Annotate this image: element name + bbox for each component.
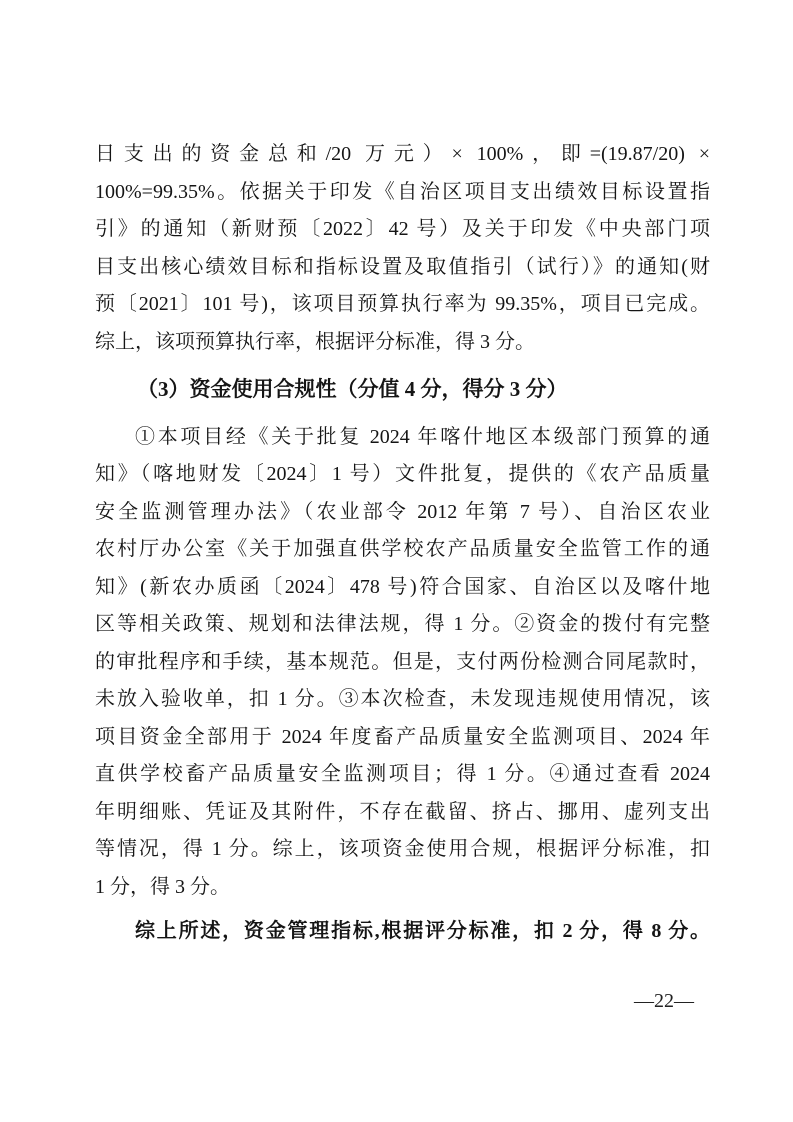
body-line: 预〔2021〕101 号)，该项目预算执行率为 99.35%，项目已完成。 — [95, 286, 710, 324]
body-line: 的审批程序和手续，基本规范。但是，支付两份检测合同尾款时， — [95, 644, 710, 682]
body-line: 知》（喀地财发〔2024〕1 号）文件批复，提供的《农产品质量 — [95, 456, 710, 494]
body-line: 年明细账、凭证及其附件，不存在截留、挤占、挪用、虚列支出 — [95, 794, 710, 832]
body-line: 100%=99.35%。依据关于印发《自治区项目支出绩效目标设置指 — [95, 174, 710, 212]
body-line: 安全监测管理办法》（农业部令 2012 年第 7 号）、自治区农业 — [95, 494, 710, 532]
section-heading: （3）资金使用合规性（分值 4 分，得分 3 分） — [95, 371, 710, 409]
body-line: 引》的通知（新财预〔2022〕42 号）及关于印发《中央部门项 — [95, 211, 710, 249]
body-line: 1 分，得 3 分。 — [95, 869, 710, 907]
body-line: 知》(新农办质函〔2024〕478 号)符合国家、自治区以及喀什地 — [95, 569, 710, 607]
body-line: 目支出核心绩效目标和指标设置及取值指引（试行）》的通知(财 — [95, 249, 710, 287]
page-number: —22— — [634, 991, 694, 1011]
body-line: 农村厅办公室《关于加强直供学校农产品质量安全监管工作的通 — [95, 531, 710, 569]
body-line: 项目资金全部用于 2024 年度畜产品质量安全监测项目、2024 年 — [95, 719, 710, 757]
body-line: 直供学校畜产品质量安全监测项目；得 1 分。④通过查看 2024 — [95, 756, 710, 794]
body-line: 综上，该项预算执行率，根据评分标准，得 3 分。 — [95, 324, 710, 362]
body-line: 日支出的资金总和/20 万元）× 100%，即=(19.87/20) × — [95, 136, 710, 174]
body-line: 未放入验收单，扣 1 分。③本次检查，未发现违规使用情况，该 — [95, 681, 710, 719]
body-line: ①本项目经《关于批复 2024 年喀什地区本级部门预算的通 — [95, 419, 710, 457]
body-line: 区等相关政策、规划和法律法规，得 1 分。②资金的拨付有完整 — [95, 606, 710, 644]
document-body: 日支出的资金总和/20 万元）× 100%，即=(19.87/20) × 100… — [95, 136, 710, 951]
document-page: 日支出的资金总和/20 万元）× 100%，即=(19.87/20) × 100… — [0, 0, 793, 1122]
body-line: 等情况，得 1 分。综上，该项资金使用合规，根据评分标准，扣 — [95, 831, 710, 869]
summary-line: 综上所述，资金管理指标,根据评分标准，扣 2 分，得 8 分。 — [95, 913, 710, 951]
